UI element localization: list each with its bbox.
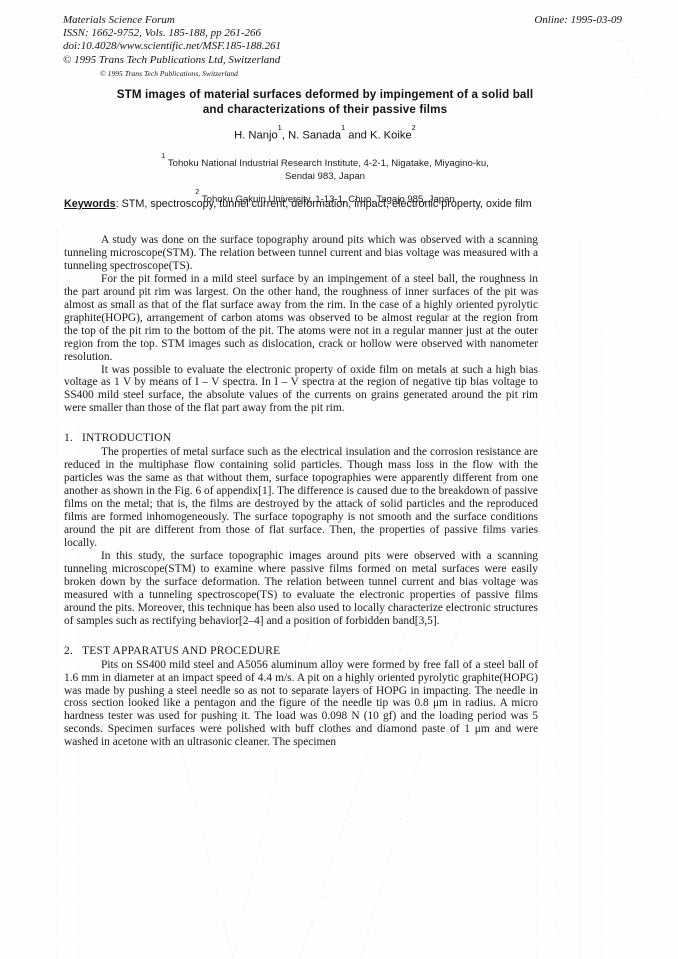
section-heading-introduction: 1.INTRODUCTION [64,432,538,445]
author-affiliation-marker: 1 [341,123,345,132]
paper-title: STM images of material surfaces deformed… [65,87,585,117]
author-name: K. Koike [370,130,412,142]
document-page: Materials Science Forum ISSN: 1662-9752,… [0,0,678,959]
author-name: N. Sanada [288,130,341,142]
author-affiliation-marker: 1 [278,123,282,132]
body-paragraph: In this study, the surface topographic i… [64,550,538,628]
body-paragraph: Pits on SS400 mild steel and A5056 alumi… [64,659,538,750]
author-affiliation-marker: 2 [412,123,416,132]
author-separator: and [345,130,370,142]
copyright-small-line: © 1995 Trans Tech Publications, Switzerl… [100,69,281,78]
article-body: A study was done on the surface topograp… [64,234,538,749]
abstract-paragraph: It was possible to evaluate the electron… [64,364,538,416]
journal-name: Materials Science Forum [63,14,281,27]
authors-line: H. Nanjo1, N. Sanada1 and K. Koike2 [65,125,585,143]
section-introduction: The properties of metal surface such as … [64,446,538,627]
doi-line: doi:10.4028/www.scientific.net/MSF.185-1… [63,40,281,53]
section-test-apparatus: Pits on SS400 mild steel and A5056 alumi… [64,659,538,750]
affiliation-marker: 1 [161,151,165,160]
front-matter: STM images of material surfaces deformed… [65,87,585,206]
affiliation-1-line-1: 1 Tohoku National Industrial Research In… [65,153,585,170]
section-title: TEST APPARATUS AND PROCEDURE [82,645,280,657]
keywords-label: Keywords [64,198,116,210]
affiliation-1: 1 Tohoku National Industrial Research In… [65,153,585,183]
affiliation-marker: 2 [195,187,199,196]
abstract-paragraph: A study was done on the surface topograp… [64,234,538,273]
online-date: Online: 1995-03-09 [534,14,622,27]
publisher-header-left: Materials Science Forum ISSN: 1662-9752,… [63,14,281,78]
section-heading-test-apparatus: 2.TEST APPARATUS AND PROCEDURE [64,645,538,658]
abstract-paragraph: For the pit formed in a mild steel surfa… [64,273,538,364]
keywords-list: : STM, spectroscopy, tunnel current, def… [116,198,532,210]
section-title: INTRODUCTION [82,432,171,444]
paper-title-line-2: and characterizations of their passive f… [65,102,585,117]
body-paragraph: The properties of metal surface such as … [64,446,538,550]
affiliation-1-line-2: Sendai 983, Japan [65,170,585,183]
copyright-line: © 1995 Trans Tech Publications Ltd, Swit… [63,54,281,67]
abstract: A study was done on the surface topograp… [64,234,538,415]
publisher-header: Materials Science Forum ISSN: 1662-9752,… [63,14,622,78]
author-name: H. Nanjo [234,130,278,142]
section-number: 1. [64,432,73,444]
keywords-block: Keywords: STM, spectroscopy, tunnel curr… [64,197,542,213]
paper-title-line-1: STM images of material surfaces deformed… [65,87,585,102]
section-number: 2. [64,645,73,657]
affiliation-text: Tohoku National Industrial Research Inst… [168,158,489,169]
issn-volume-pages: ISSN: 1662-9752, Vols. 185-188, pp 261-2… [63,27,281,40]
